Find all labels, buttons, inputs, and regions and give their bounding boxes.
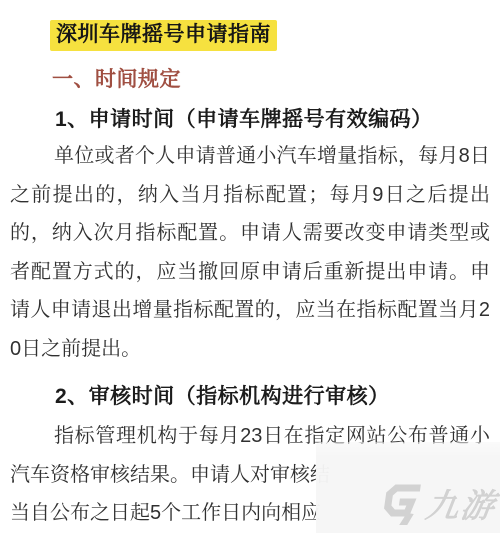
article-page: 深圳车牌摇号申请指南 一、时间规定 1、申请时间（申请车牌摇号有效编码） 单位或…	[0, 0, 500, 533]
paragraph-line: 请人申请退出增量指标配置的，应当在指标配置当月2	[10, 291, 490, 330]
jiuyou-logo-icon	[379, 483, 425, 527]
subsection-heading-application-time: 1、申请时间（申请车牌摇号有效编码）	[10, 107, 490, 133]
paragraph-line: 者配置方式的，应当撤回原申请后重新提出申请。申	[10, 253, 490, 292]
subsection-heading-review-time: 2、审核时间（指标机构进行审核）	[10, 384, 490, 410]
jiuyou-brand-text: 九游	[424, 489, 499, 522]
paragraph-line: 之前提出的，纳入当月指标配置；每月9日之后提出	[10, 176, 490, 215]
paragraph-line: 的，纳入次月指标配置。申请人需要改变申请类型或	[10, 214, 490, 253]
jiuyou-watermark: 九游	[379, 483, 499, 527]
article-title-line: 深圳车牌摇号申请指南	[0, 0, 500, 51]
section-heading-time-rules: 一、时间规定	[10, 67, 490, 93]
article-title: 深圳车牌摇号申请指南	[50, 20, 277, 51]
paragraph-line: 单位或者个人申请普通小汽车增量指标，每月8日	[10, 137, 490, 176]
paragraph-application-time: 单位或者个人申请普通小汽车增量指标，每月8日 之前提出的，纳入当月指标配置；每月…	[10, 137, 490, 368]
paragraph-line: 0日之前提出。	[10, 330, 490, 369]
watermark-overlay: 九游	[316, 442, 500, 533]
